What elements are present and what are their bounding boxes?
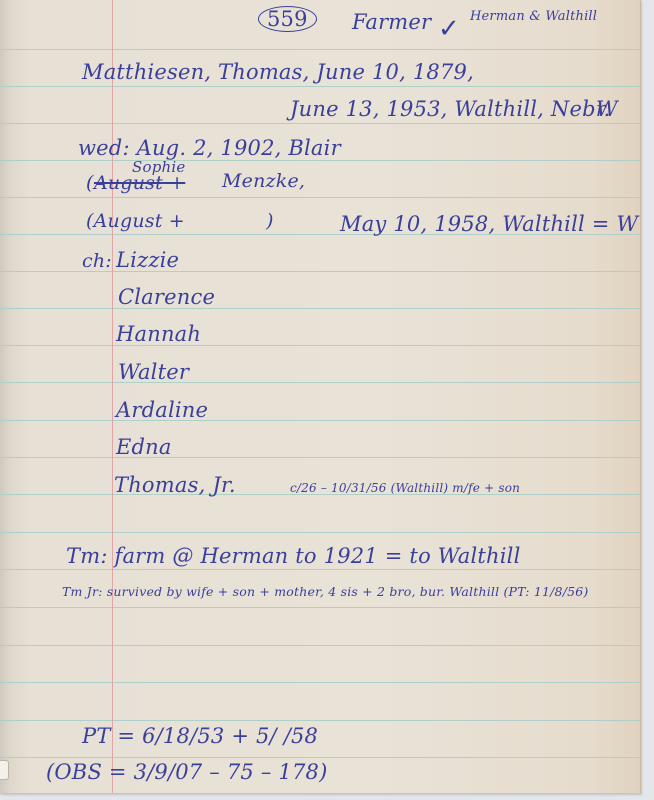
spouse-parents-open: (August +: [86, 210, 185, 232]
subject-name-birth: Matthiesen, Thomas, June 10, 1879,: [82, 60, 474, 84]
note-line-2: Tm Jr: survived by wife + son + mother, …: [62, 584, 589, 599]
rule-line: [0, 569, 640, 570]
spouse-parents-close: ): [266, 210, 274, 232]
rule-line: [0, 532, 640, 533]
occupation: Farmer: [352, 10, 431, 34]
binding-hole: [0, 760, 9, 780]
pt-line: PT = 6/18/53 + 5/ /58: [82, 724, 318, 748]
rule-line: [0, 382, 640, 383]
thomas-jr-note: c/26 – 10/31/56 (Walthill) m/fe + son: [290, 481, 520, 495]
rule-line: [0, 420, 640, 421]
subject-death-code: W: [596, 97, 618, 121]
wed-line: wed: Aug. 2, 1902, Blair: [78, 136, 341, 160]
rule-line: [0, 682, 640, 683]
child-name: Walter: [118, 360, 189, 384]
rule-line: [0, 160, 640, 161]
record-number: 559: [258, 6, 317, 32]
margin-line: [112, 0, 113, 793]
child-name: Lizzie: [116, 248, 179, 272]
spouse-first-name: Sophie: [132, 158, 185, 176]
rule-line: [0, 607, 640, 608]
spouse-open-paren: (: [86, 172, 94, 194]
obs-line: (OBS = 3/9/07 – 75 – 178): [46, 760, 327, 784]
spouse-death: May 10, 1958, Walthill = W: [340, 212, 638, 236]
children-label: ch:: [82, 250, 112, 272]
rule-line: [0, 308, 640, 309]
rule-line: [0, 345, 640, 346]
rule-line: [0, 757, 640, 758]
child-name: Ardaline: [116, 398, 208, 422]
rule-line: [0, 645, 640, 646]
rule-line: [0, 86, 640, 87]
rule-line: [0, 457, 640, 458]
check-mark-icon: ✓: [438, 14, 460, 44]
child-name: Hannah: [116, 322, 201, 346]
rule-line: [0, 123, 640, 124]
locations: Herman & Walthill: [470, 9, 597, 24]
rule-line: [0, 197, 640, 198]
subject-death: June 13, 1953, Walthill, Nebr.: [290, 97, 611, 121]
child-name: Clarence: [118, 285, 215, 309]
rule-line: [0, 720, 640, 721]
note-line-1: Tm: farm @ Herman to 1921 = to Walthill: [66, 544, 521, 568]
child-name: Edna: [116, 435, 172, 459]
child-name: Thomas, Jr.: [114, 473, 236, 497]
spouse-surname: Menzke,: [222, 170, 305, 192]
rule-line: [0, 49, 640, 50]
ledger-page: 559 Farmer ✓ Herman & Walthill Matthiese…: [0, 0, 641, 794]
